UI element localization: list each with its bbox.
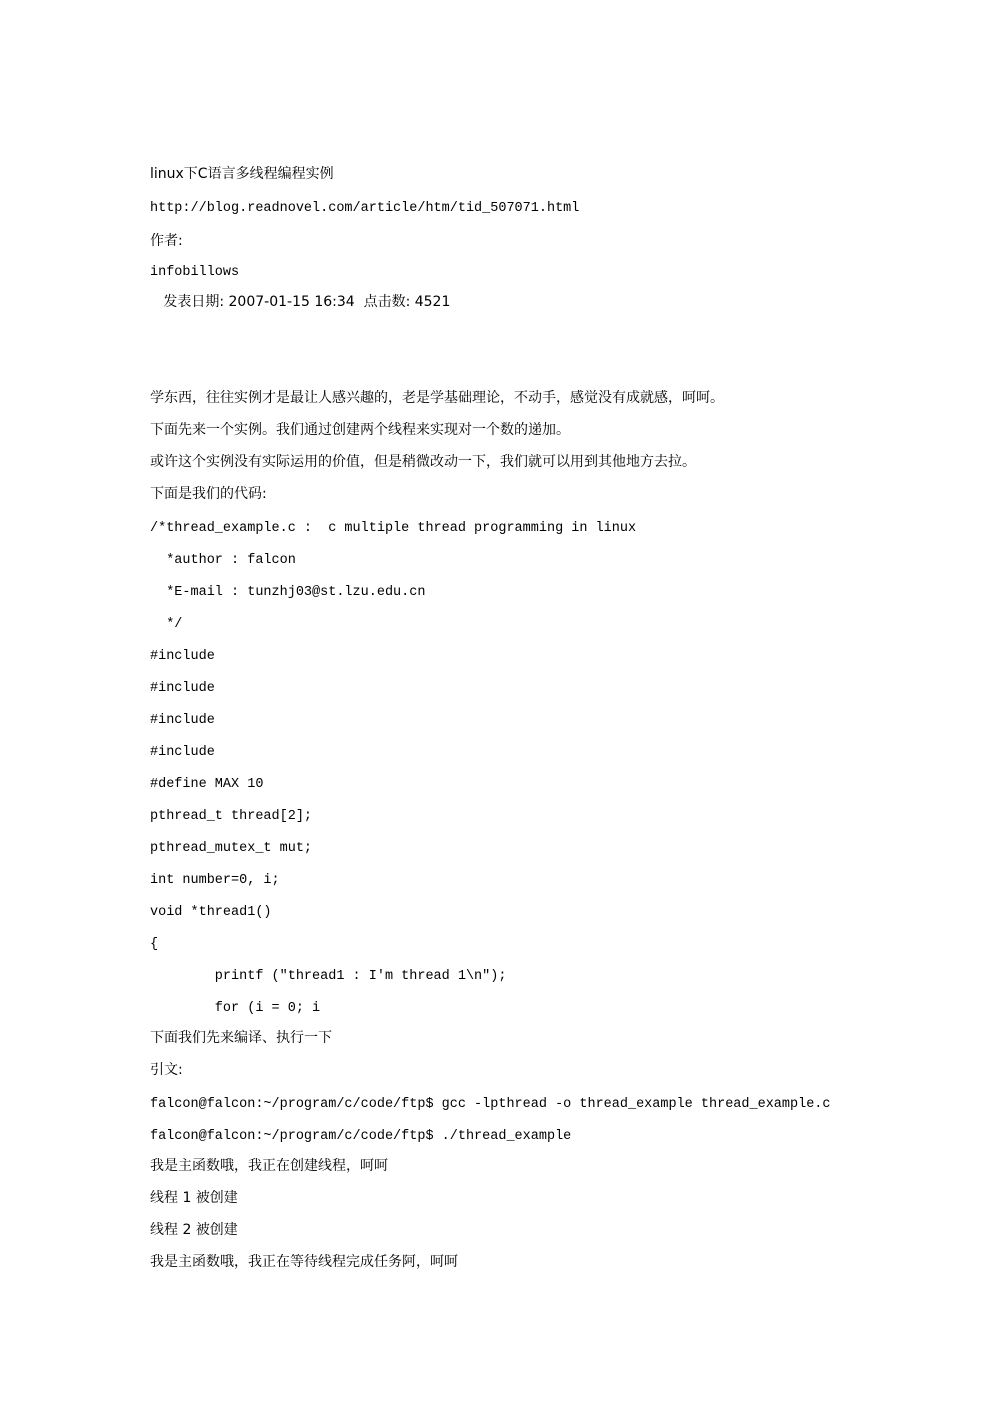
code-line: #include bbox=[150, 647, 215, 667]
code-line: pthread_t thread[2]; bbox=[150, 807, 312, 827]
code-line: { bbox=[150, 935, 158, 955]
code-line: #include bbox=[150, 679, 215, 699]
document-title: linux下C语言多线程编程实例 bbox=[150, 164, 334, 184]
terminal-command: falcon@falcon:~/program/c/code/ftp$ gcc … bbox=[150, 1095, 831, 1115]
code-line: *E-mail : tunzhj03@st.lzu.edu.cn bbox=[150, 583, 425, 603]
code-line: */ bbox=[150, 615, 182, 635]
code-line: pthread_mutex_t mut; bbox=[150, 839, 312, 859]
code-line: *author : falcon bbox=[150, 551, 296, 571]
post-meta: 发表日期: 2007-01-15 16:34 点击数: 4521 bbox=[150, 292, 450, 312]
code-line: int number=0, i; bbox=[150, 871, 280, 891]
code-line: void *thread1() bbox=[150, 903, 272, 923]
source-url: http://blog.readnovel.com/article/htm/ti… bbox=[150, 199, 579, 219]
program-output-line: 线程 1 被创建 bbox=[150, 1188, 238, 1208]
quote-label: 引文: bbox=[150, 1060, 183, 1080]
code-line: #define MAX 10 bbox=[150, 775, 263, 795]
code-line: printf ("thread1 : I'm thread 1\n"); bbox=[150, 967, 506, 987]
terminal-command: falcon@falcon:~/program/c/code/ftp$ ./th… bbox=[150, 1127, 571, 1147]
intro-paragraph: 或许这个实例没有实际运用的价值，但是稍微改动一下，我们就可以用到其他地方去拉。 bbox=[150, 452, 696, 472]
code-line: #include bbox=[150, 743, 215, 763]
intro-paragraph: 下面是我们的代码: bbox=[150, 484, 267, 504]
program-output-line: 线程 2 被创建 bbox=[150, 1220, 238, 1240]
author-label: 作者: bbox=[150, 231, 183, 251]
compile-intro: 下面我们先来编译、执行一下 bbox=[150, 1028, 332, 1048]
author-name: infobillows bbox=[150, 263, 239, 283]
intro-paragraph: 学东西，往往实例才是最让人感兴趣的，老是学基础理论，不动手，感觉没有成就感，呵呵… bbox=[150, 388, 724, 408]
code-line: for (i = 0; i bbox=[150, 999, 320, 1019]
code-line: #include bbox=[150, 711, 215, 731]
program-output-line: 我是主函数哦，我正在创建线程，呵呵 bbox=[150, 1156, 388, 1176]
intro-paragraph: 下面先来一个实例。我们通过创建两个线程来实现对一个数的递加。 bbox=[150, 420, 570, 440]
program-output-line: 我是主函数哦，我正在等待线程完成任务阿，呵呵 bbox=[150, 1252, 458, 1272]
code-line: /*thread_example.c : c multiple thread p… bbox=[150, 519, 636, 539]
